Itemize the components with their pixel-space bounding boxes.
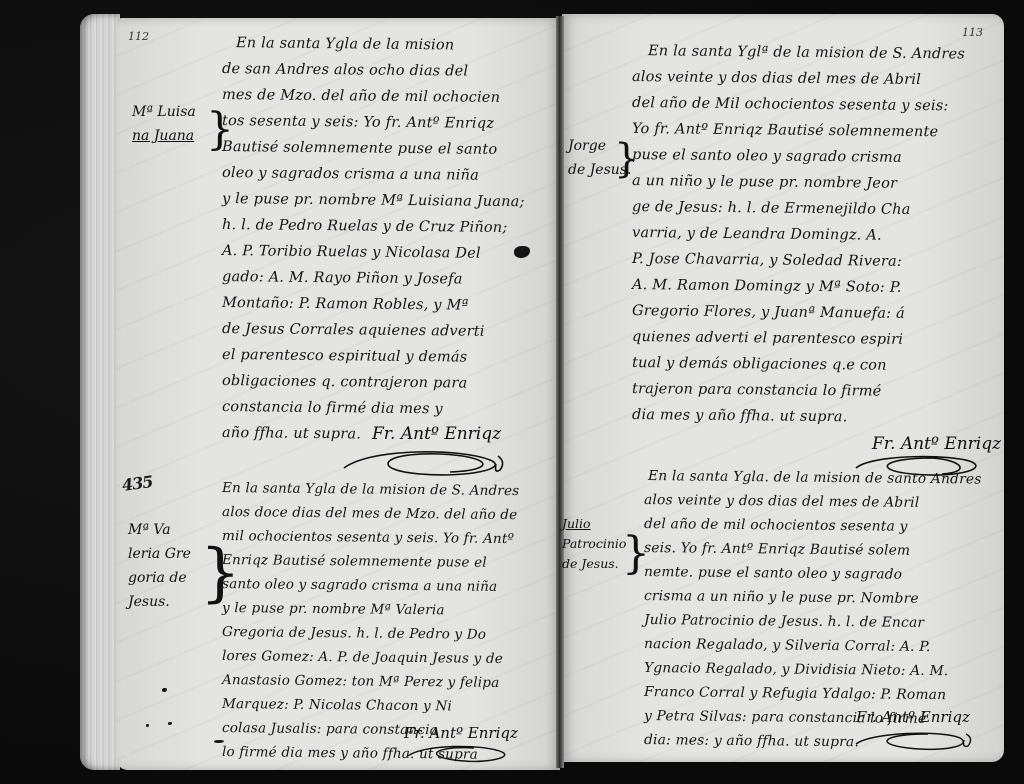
signature-left-entry-1: Fr. Antº Enriqz (372, 424, 501, 444)
right-page-number: 113 (962, 26, 983, 39)
signature-flourish-icon (404, 742, 524, 764)
left-page-number: 112 (128, 30, 149, 43)
entry-left-1-text: En la santa Ygla de la mision de san And… (222, 30, 525, 446)
book-gutter (556, 16, 564, 768)
scanned-book-spread: 112 113 Mª Luisa na Juana } En la santa … (0, 0, 1024, 784)
margin-note-left-entry-2: Mª Va leria Gre goria de Jesus. (128, 518, 191, 614)
margin-note-left-entry-1: Mª Luisa na Juana (132, 100, 196, 148)
signature-flourish-icon (340, 446, 520, 480)
book-fore-edge (80, 14, 120, 770)
signature-left-entry-2: Fr. Antº Enriqz (404, 724, 518, 742)
signature-right-entry-2: Fr. Antº Enriqz (856, 708, 970, 726)
signature-right-entry-1: Fr. Antº Enriqz (872, 434, 1001, 454)
entry-left-2-text: En la santa Ygla de la mision de S. Andr… (222, 476, 519, 764)
margin-note-right-entry-2: Julio Patrocinio de Jesus. (562, 514, 626, 574)
signature-flourish-icon (852, 728, 982, 754)
entry-right-1-text: En la santa Yglª de la mision de S. Andr… (632, 38, 965, 428)
